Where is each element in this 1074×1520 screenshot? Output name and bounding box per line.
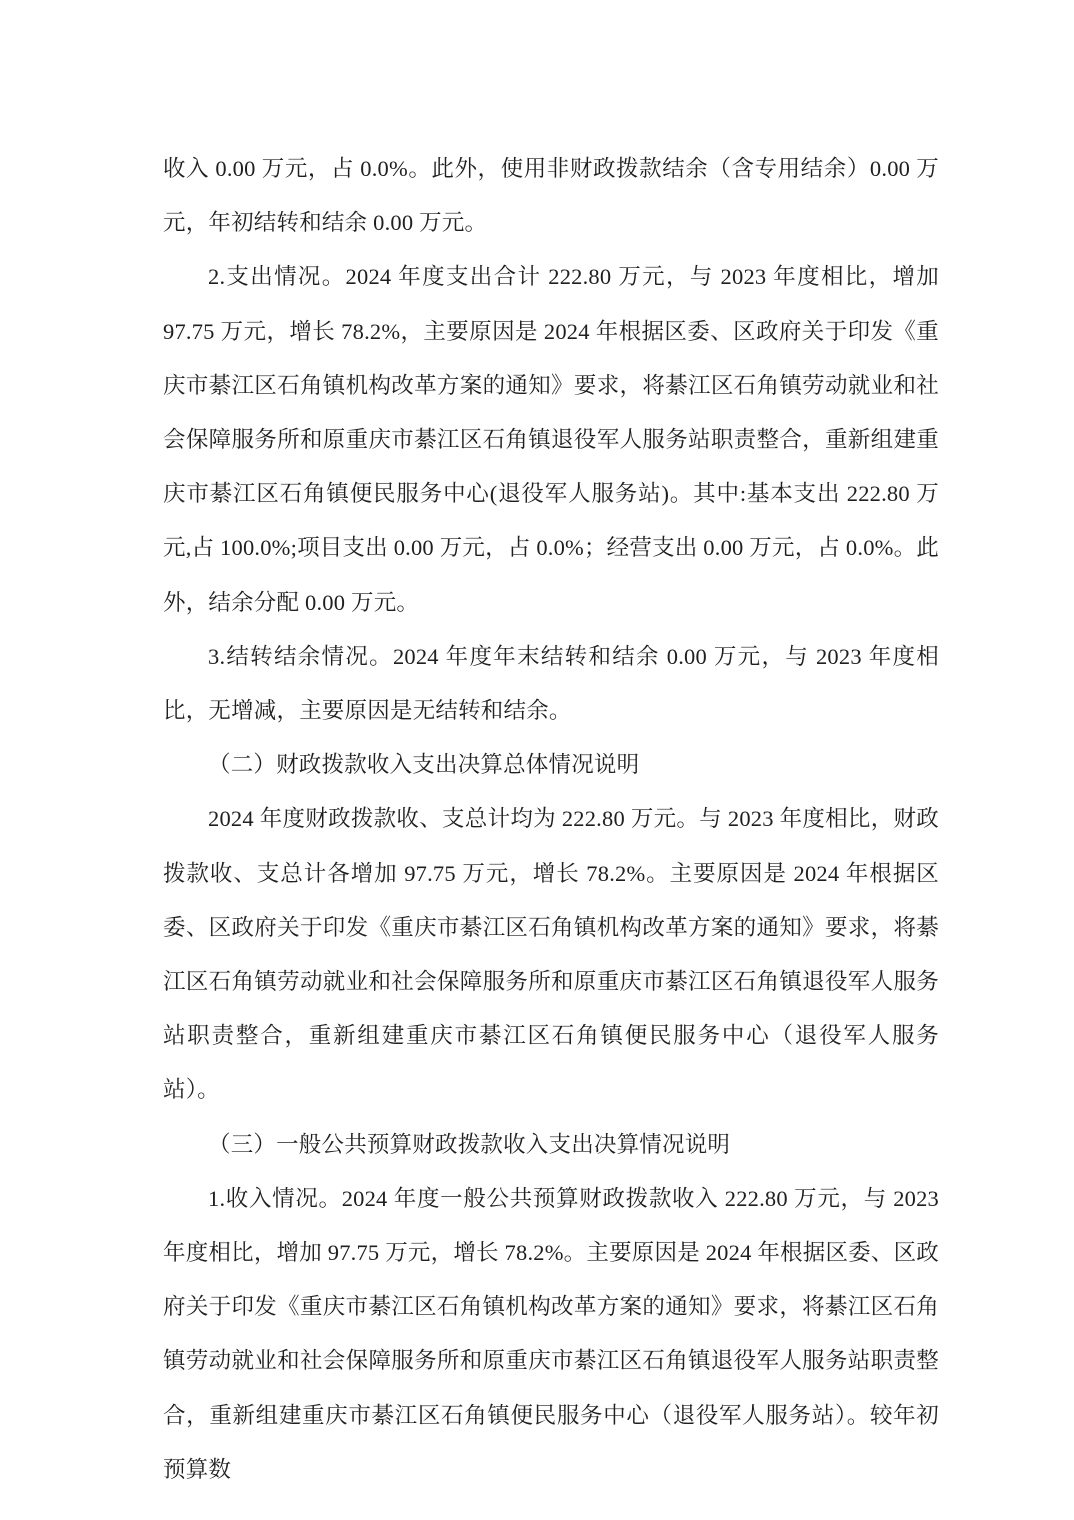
paragraph-continuation-income: 收入 0.00 万元，占 0.0%。此外，使用非财政拨款结余（含专用结余）0.0…: [163, 142, 939, 250]
paragraph-fiscal-appropriation-detail: 2024 年度财政拨款收、支总计均为 222.80 万元。与 2023 年度相比…: [163, 792, 939, 1117]
section-heading-fiscal-appropriation-overview: （二）财政拨款收入支出决算总体情况说明: [163, 738, 939, 792]
paragraph-carryover-situation: 3.结转结余情况。2024 年度年末结转和结余 0.00 万元，与 2023 年…: [163, 630, 939, 738]
document-body: 收入 0.00 万元，占 0.0%。此外，使用非财政拨款结余（含专用结余）0.0…: [163, 142, 939, 1497]
paragraph-income-situation: 1.收入情况。2024 年度一般公共预算财政拨款收入 222.80 万元，与 2…: [163, 1172, 939, 1497]
paragraph-expenditure-situation: 2.支出情况。2024 年度支出合计 222.80 万元，与 2023 年度相比…: [163, 250, 939, 629]
section-heading-general-public-budget: （三）一般公共预算财政拨款收入支出决算情况说明: [163, 1118, 939, 1172]
document-page: 收入 0.00 万元，占 0.0%。此外，使用非财政拨款结余（含专用结余）0.0…: [0, 0, 1074, 1520]
